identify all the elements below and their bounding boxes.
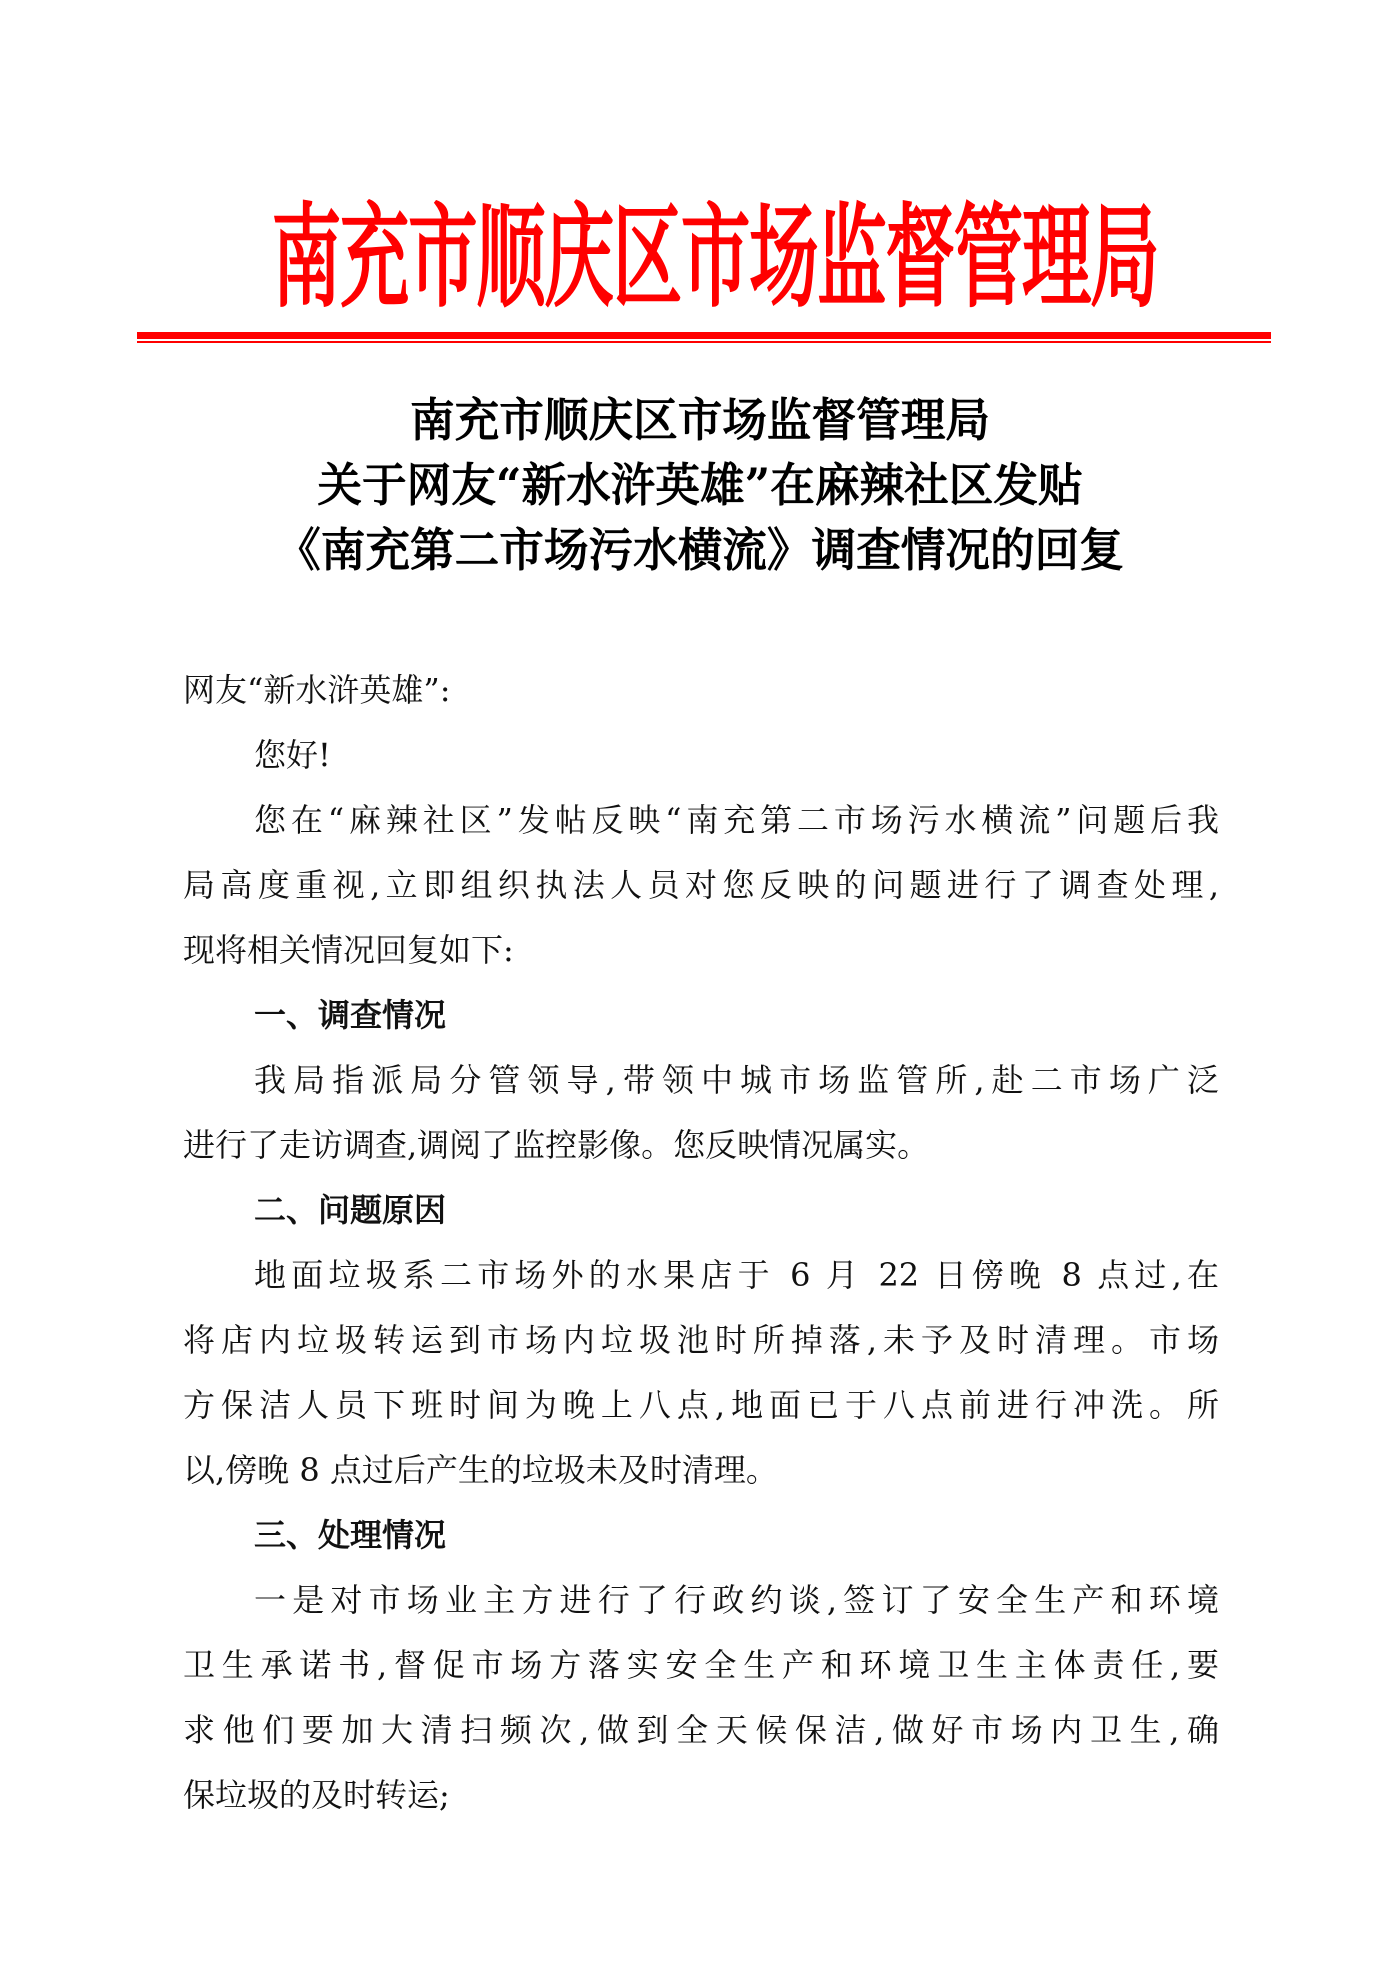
title-line-2: 关于网友“新水浒英雄”在麻辣社区发贴 xyxy=(21,453,1379,518)
greeting: 您好! xyxy=(183,723,1219,788)
section-line: 一是对市场业主方进行了行政约谈,签订了安全生产和环境 xyxy=(183,1568,1219,1633)
masthead-rule-thick xyxy=(137,332,1271,339)
intro-line: 现将相关情况回复如下: xyxy=(183,918,1219,983)
section-line: 保垃圾的及时转运; xyxy=(183,1763,1219,1828)
intro-line: 局高度重视,立即组织执法人员对您反映的问题进行了调查处理, xyxy=(183,853,1219,918)
section-line: 地面垃圾系二市场外的水果店于 6 月 22 日傍晚 8 点过,在 xyxy=(183,1243,1219,1308)
section-heading-handling: 三、处理情况 xyxy=(183,1503,1219,1568)
document-title: 南充市顺庆区市场监督管理局 关于网友“新水浒英雄”在麻辣社区发贴 《南充第二市场… xyxy=(0,388,1400,583)
section-heading-investigation: 一、调查情况 xyxy=(183,983,1219,1048)
title-line-1: 南充市顺庆区市场监督管理局 xyxy=(21,388,1379,453)
section-line: 卫生承诺书,督促市场方落实安全生产和环境卫生主体责任,要 xyxy=(183,1633,1219,1698)
masthead: 南充市顺庆区市场监督管理局 xyxy=(0,196,1400,320)
section-line: 我局指派局分管领导,带领中城市场监管所,赴二市场广泛 xyxy=(183,1048,1219,1113)
masthead-title: 南充市顺庆区市场监督管理局 xyxy=(272,196,1159,320)
masthead-rule-thin xyxy=(137,341,1271,343)
section-heading-cause: 二、问题原因 xyxy=(183,1178,1219,1243)
section-line: 将店内垃圾转运到市场内垃圾池时所掉落,未予及时清理。市场 xyxy=(183,1308,1219,1373)
document-page: 南充市顺庆区市场监督管理局 南充市顺庆区市场监督管理局 关于网友“新水浒英雄”在… xyxy=(0,0,1400,1980)
document-body: 网友“新水浒英雄”: 您好! 您在“麻辣社区”发帖反映“南充第二市场污水横流”问… xyxy=(183,658,1219,1828)
title-line-3: 《南充第二市场污水横流》调查情况的回复 xyxy=(21,518,1379,583)
salutation: 网友“新水浒英雄”: xyxy=(183,658,1219,723)
section-line: 方保洁人员下班时间为晚上八点,地面已于八点前进行冲洗。所 xyxy=(183,1373,1219,1438)
intro-line: 您在“麻辣社区”发帖反映“南充第二市场污水横流”问题后我 xyxy=(183,788,1219,853)
section-line: 求他们要加大清扫频次,做到全天候保洁,做好市场内卫生,确 xyxy=(183,1698,1219,1763)
section-line: 进行了走访调查,调阅了监控影像。您反映情况属实。 xyxy=(183,1113,1219,1178)
section-line: 以,傍晚 8 点过后产生的垃圾未及时清理。 xyxy=(183,1438,1219,1503)
